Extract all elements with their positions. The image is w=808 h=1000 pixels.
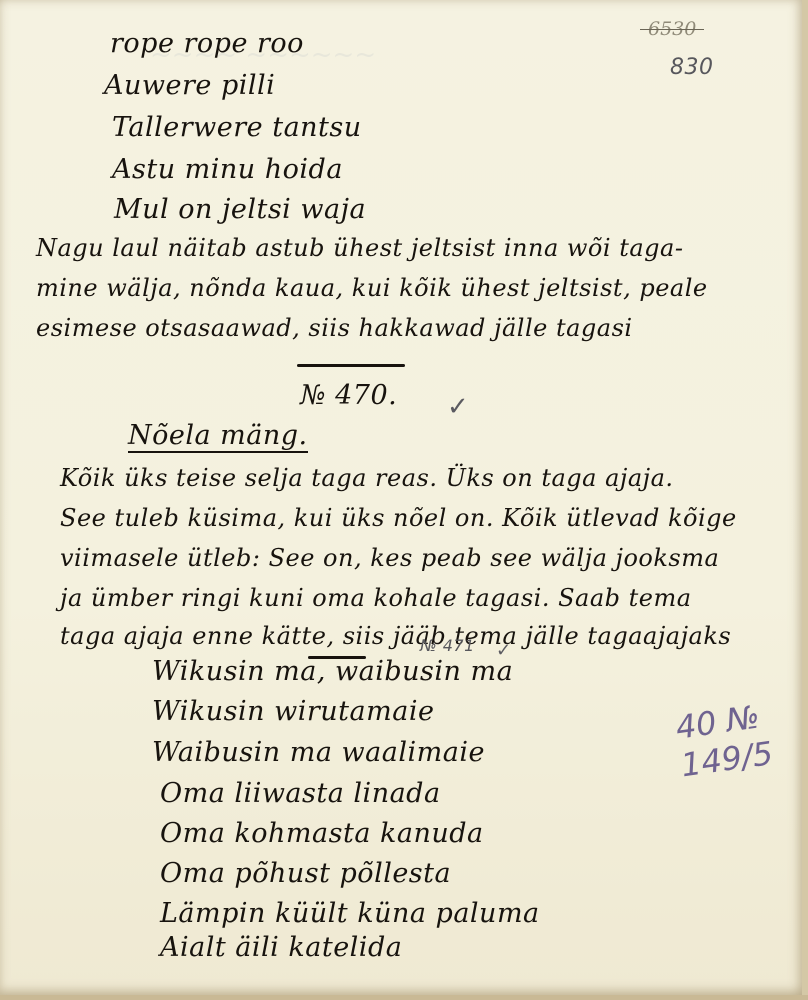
- verse-line: Wikusin ma, waibusin ma: [152, 656, 513, 687]
- prose-line: mine wälja, nõnda kaua, kui kõik ühest j…: [36, 274, 708, 302]
- verse-line: Auwere pilli: [104, 70, 275, 101]
- verse-line: Aialt äili katelida: [160, 932, 402, 963]
- verse-line: Oma kohmasta kanuda: [160, 818, 484, 849]
- entry-number: № 470.: [300, 380, 397, 411]
- manuscript-page: ~~~~ ~~~~~~ 6530 830 rope rope roo Auwer…: [0, 0, 804, 996]
- check-mark-icon: ✓: [447, 392, 469, 422]
- page-edge: [802, 0, 808, 1000]
- archive-number: 830: [670, 55, 714, 80]
- verse-line: Oma liiwasta linada: [160, 778, 441, 809]
- verse-line: Tallerwere tantsu: [112, 112, 362, 143]
- prose-line: Nagu laul näitab astub ühest jeltsist in…: [36, 234, 683, 262]
- prose-line: esimese otsasaawad, siis hakkawad jälle …: [36, 314, 633, 342]
- verse-line: Lämpin küült küna paluma: [160, 898, 540, 929]
- page-edge: [0, 995, 808, 1000]
- verse-line: rope rope roo: [110, 28, 304, 59]
- verse-line: Mul on jeltsi waja: [114, 194, 366, 225]
- prose-line: See tuleb küsima, kui üks nõel on. Kõik …: [60, 504, 737, 532]
- verse-line: Astu minu hoida: [112, 154, 343, 185]
- section-divider: [297, 364, 405, 367]
- prose-line: Kõik üks teise selja taga reas. Üks on t…: [60, 464, 674, 492]
- prose-line: ja ümber ringi kuni oma kohale tagasi. S…: [60, 584, 692, 612]
- verse-line: Wikusin wirutamaie: [152, 696, 434, 727]
- prose-line: taga ajaja enne kätte, siis jääb tema jä…: [60, 622, 731, 650]
- archive-stamp: 40 № 149/5: [673, 692, 808, 785]
- verse-line: Oma põhust põllesta: [160, 858, 451, 889]
- game-title: Nõela mäng.: [128, 420, 308, 453]
- entry-number: № 471: [420, 636, 475, 655]
- archive-number-struck: 6530: [648, 18, 696, 40]
- verse-line: Waibusin ma waalimaie: [152, 737, 485, 768]
- prose-line: viimasele ütleb: See on, kes peab see wä…: [60, 544, 719, 572]
